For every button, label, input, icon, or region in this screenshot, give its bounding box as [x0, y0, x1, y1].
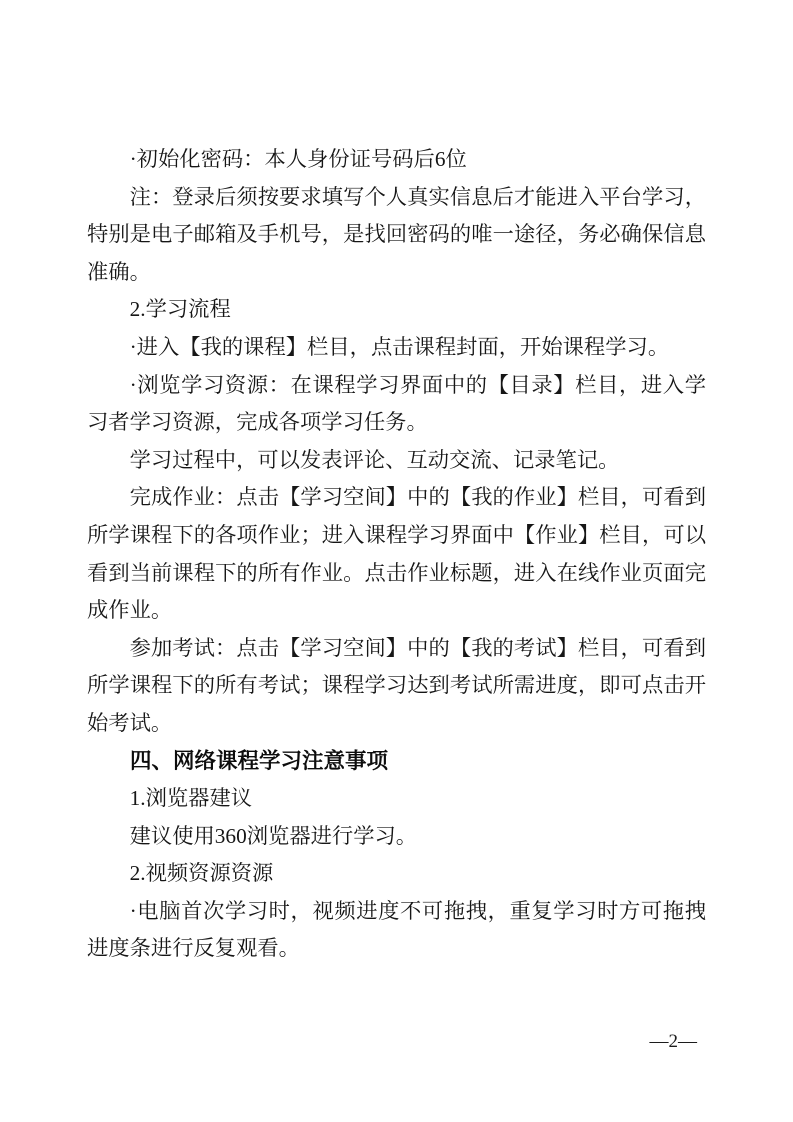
paragraph-enter-course: ·进入【我的课程】栏目，点击课程封面，开始课程学习。 [87, 329, 706, 367]
paragraph-browse-resources: ·浏览学习资源：在课程学习界面中的【目录】栏目，进入学习者学习资源，完成各项学习… [87, 367, 706, 442]
paragraph-login-note: 注：登录后须按要求填写个人真实信息后才能进入平台学习，特别是电子邮箱及手机号，是… [87, 179, 706, 292]
paragraph-browser-suggestion-title: 1.浏览器建议 [87, 780, 706, 818]
section-heading-course-notes: 四、网络课程学习注意事项 [87, 743, 706, 781]
paragraph-browser-suggestion: 建议使用360浏览器进行学习。 [87, 818, 706, 856]
paragraph-study-interaction: 学习过程中，可以发表评论、互动交流、记录笔记。 [87, 442, 706, 480]
document-content: ·初始化密码：本人身份证号码后6位 注：登录后须按要求填写个人真实信息后才能进入… [87, 141, 706, 968]
paragraph-initial-password: ·初始化密码：本人身份证号码后6位 [87, 141, 706, 179]
document-page: ·初始化密码：本人身份证号码后6位 注：登录后须按要求填写个人真实信息后才能进入… [0, 0, 793, 1122]
paragraph-take-exam: 参加考试：点击【学习空间】中的【我的考试】栏目，可看到所学课程下的所有考试；课程… [87, 630, 706, 743]
paragraph-complete-homework: 完成作业：点击【学习空间】中的【我的作业】栏目，可看到所学课程下的各项作业；进入… [87, 479, 706, 629]
page-number: —2— [650, 1031, 698, 1053]
paragraph-study-process-title: 2.学习流程 [87, 291, 706, 329]
paragraph-video-resources-title: 2.视频资源资源 [87, 855, 706, 893]
paragraph-video-drag-note: ·电脑首次学习时，视频进度不可拖拽，重复学习时方可拖拽进度条进行反复观看。 [87, 893, 706, 968]
